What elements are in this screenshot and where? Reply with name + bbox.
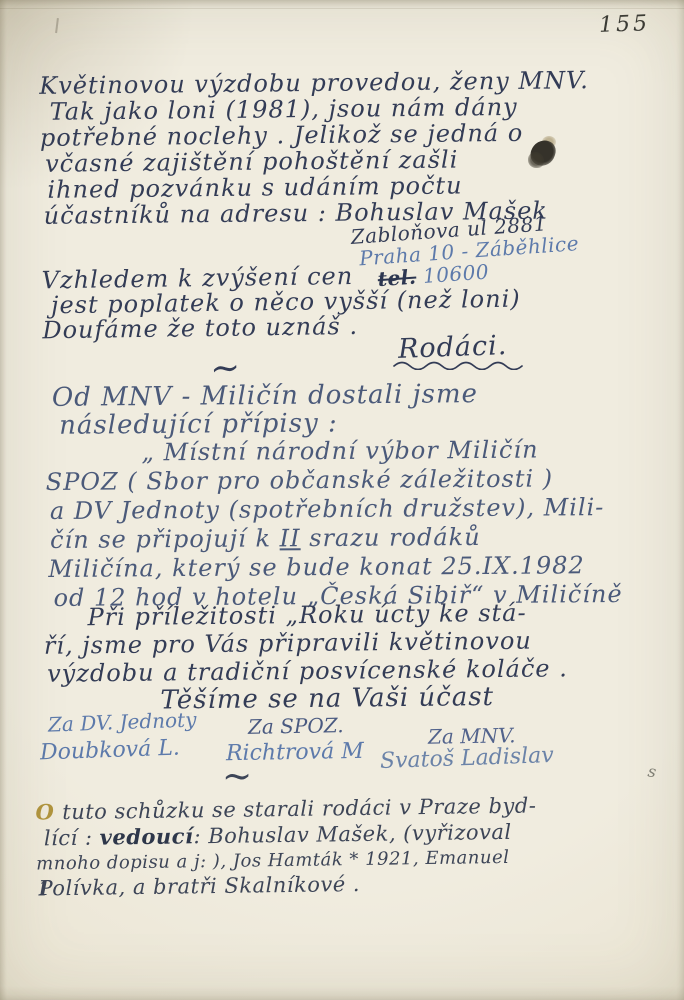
handwritten-line: a DV Jednoty (spotřebních družstev), Mil…	[50, 493, 622, 526]
scanned-chronicle-page: 155 Květinovou výzdobu provedou, ženy MN…	[0, 0, 684, 1000]
paragraph-closing: Při příležitosti „Roku úcty ke stá- ří, …	[43, 598, 568, 715]
paragraph-organizers-note: Otuto schůzku se starali rodáci v Praze …	[35, 793, 537, 902]
handwritten-line: Od MNV - Miličín dostali jsme	[52, 380, 478, 412]
line-fragment: čín se připojují k	[50, 524, 280, 554]
signature-role-spoz: Za SPOZ.	[248, 713, 344, 739]
handwritten-line: SPOZ ( Sbor pro občanské záležitosti )	[46, 464, 622, 497]
paragraph-flower-decoration: Květinovou výzdobu provedou, ženy MNV. T…	[39, 67, 590, 229]
handwritten-line: Miličína, který se bude konat 25.IX.1982	[48, 551, 622, 584]
handwritten-line: následující přípisy :	[59, 408, 478, 440]
signature-doubkova: Doubková L.	[40, 736, 181, 766]
line-fragment: srazu rodáků	[300, 523, 480, 552]
paragraph-from-mnv: Od MNV - Miličín dostali jsme následujíc…	[52, 380, 479, 440]
handwritten-line: „ Místní národní výbor Miličín	[141, 435, 621, 467]
signature-svatos: Svatoš Ladislav	[380, 743, 554, 774]
paragraph-letter-quote: „ Místní národní výbor Miličín SPOZ ( Sb…	[45, 435, 622, 613]
line-fragment: lící :	[44, 826, 100, 851]
roman-numeral-underlined: II	[280, 524, 301, 552]
emphasized-word: vedoucí	[100, 823, 194, 849]
stray-pen-mark: s	[646, 761, 658, 781]
signature-role-dv-jednoty: Za DV. Jednoty	[48, 707, 197, 736]
paper-scratch-mark	[55, 18, 58, 33]
initial-letter: O	[35, 799, 54, 824]
line-fragment: : Bohuslav Mašek, (vyřizoval	[193, 820, 512, 848]
paper-edge-shadow	[0, 8, 684, 9]
handwritten-line: čín se připojují k II srazu rodáků	[50, 522, 622, 555]
page-number: 155	[599, 11, 651, 38]
wavy-underline	[392, 360, 524, 370]
footer-stroke-mark: 1	[38, 876, 52, 900]
handwritten-line: Těšíme se na Vaši účast	[160, 682, 568, 714]
tilde-divider: ~	[222, 756, 253, 797]
